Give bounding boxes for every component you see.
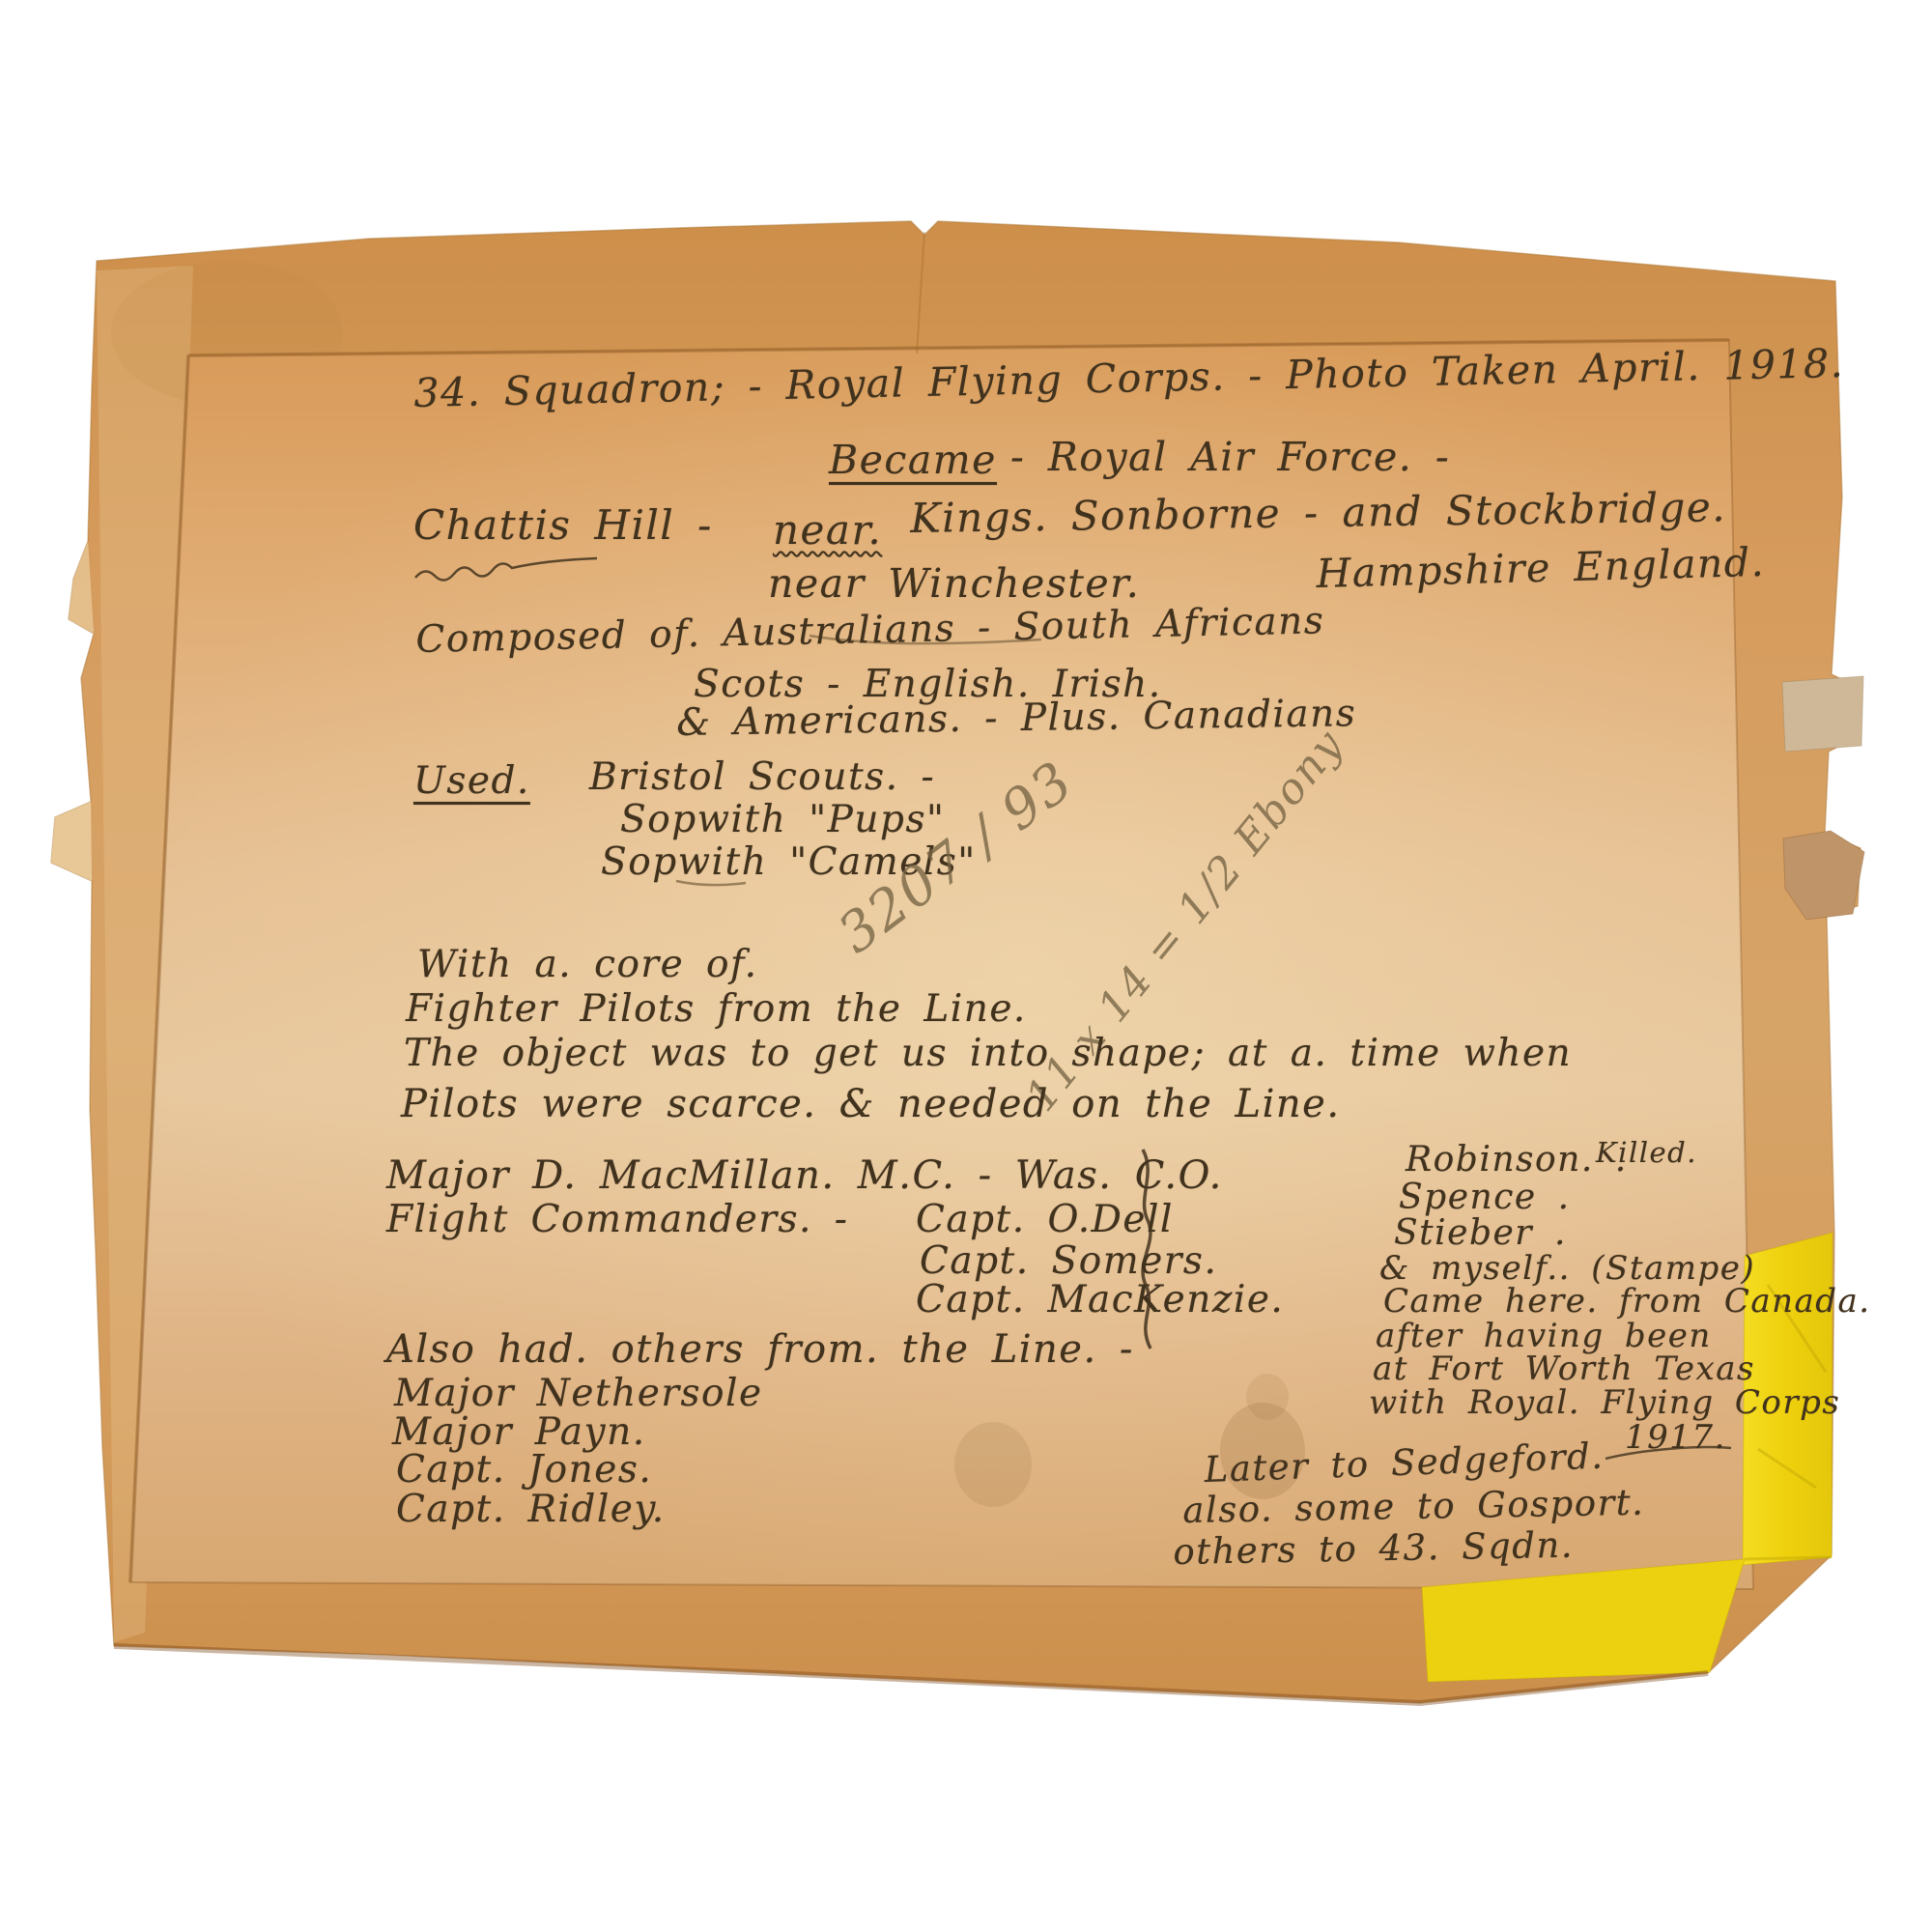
line-came-from-canada: Came here. from Canada. — [1383, 1282, 1871, 1321]
line-robinson: Robinson. . — [1406, 1140, 1628, 1179]
line-capt-jones: Capt. Jones. — [396, 1448, 652, 1492]
line-fort-worth-texas: at Fort Worth Texas — [1373, 1350, 1755, 1388]
line-1917: 1917. — [1625, 1418, 1726, 1457]
photo-of-mount-back: 34. Squadron; - Royal Flying Corps. - Ph… — [0, 0, 1932, 1932]
tan-tape-remnant — [1782, 676, 1863, 752]
line-became: Became — [829, 437, 997, 483]
line-fighter-pilots: Fighter Pilots from the Line. — [406, 987, 1027, 1031]
line-royal-air-force: - Royal Air Force. - — [1010, 434, 1450, 480]
line-capt-ridley: Capt. Ridley. — [396, 1488, 666, 1531]
stain-spot — [1246, 1374, 1289, 1420]
line-major-nethersole: Major Nethersole — [394, 1372, 763, 1415]
line-pilots-scarce: Pilots were scarce. & needed on the Line… — [401, 1082, 1341, 1126]
line-object-into-shape: The object was to get us into shape; at … — [404, 1032, 1572, 1075]
line-capt-odell: Capt. O.Dell — [916, 1198, 1174, 1241]
line-capt-somers: Capt. Somers. — [920, 1239, 1217, 1283]
line-stieber: Stieber . — [1394, 1213, 1567, 1253]
line-used: Used. — [413, 759, 530, 803]
line-with-rfc: with Royal. Flying Corps — [1369, 1383, 1840, 1422]
mount-board-graphic — [0, 0, 1932, 1932]
line-major-macmillan: Major D. MacMillan. M.C. - Was. C.O. — [386, 1153, 1223, 1198]
line-with-a-core-of: With a. core of. — [417, 943, 757, 986]
line-also-had-others: Also had. others from. the Line. - — [386, 1327, 1134, 1372]
line-others-to-43-sqdn: others to 43. Sqdn. — [1173, 1524, 1574, 1573]
line-near: near. — [773, 506, 882, 554]
line-capt-mackenzie: Capt. MacKenzie. — [916, 1278, 1284, 1321]
line-killed: Killed. — [1596, 1136, 1697, 1169]
line-bristol-scouts: Bristol Scouts. - — [589, 755, 935, 799]
line-spence: Spence . — [1399, 1178, 1571, 1217]
stain-spot — [954, 1422, 1032, 1507]
line-flight-commanders: Flight Commanders. - — [386, 1198, 849, 1241]
line-near-winchester: near Winchester. — [768, 560, 1140, 607]
line-some-to-gosport: also. some to Gosport. — [1182, 1482, 1645, 1531]
edge-chip — [51, 802, 92, 881]
line-chattis-hill: Chattis Hill - — [413, 501, 713, 549]
line-sopwith-pups: Sopwith "Pups" — [620, 798, 945, 841]
